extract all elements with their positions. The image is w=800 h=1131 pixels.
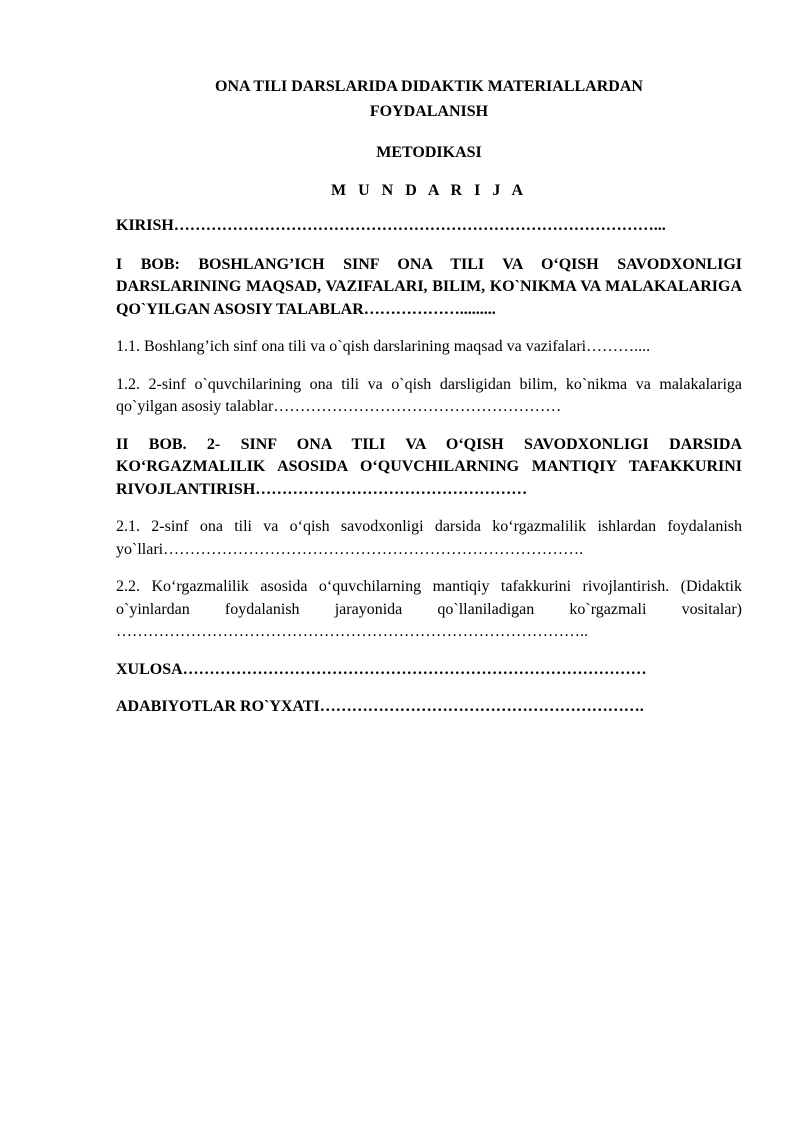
- title-line-1: ONA TILI DARSLARIDA DIDAKTIK MATERIALLAR…: [215, 78, 643, 95]
- document-title: ONA TILI DARSLARIDA DIDAKTIK MATERIALLAR…: [116, 74, 742, 124]
- toc-heading: M U N D A R I J A: [116, 178, 742, 203]
- document-page: ONA TILI DARSLARIDA DIDAKTIK MATERIALLAR…: [116, 74, 742, 734]
- toc-entry-1-2: 1.2. 2-sinf o`quvchilarining ona tili va…: [116, 374, 742, 419]
- table-of-contents: KIRISH………………………………………………………………………………... …: [116, 215, 742, 719]
- toc-entry-adabiyotlar: ADABIYOTLAR RO`YXATI………………………………………………………: [116, 696, 742, 719]
- title-line-2: FOYDALANISH: [370, 103, 488, 120]
- toc-entry-2-2: 2.2. Ko‘rgazmalilik asosida o‘quvchilarn…: [116, 576, 742, 644]
- toc-entry-xulosa: XULOSA……………………………………………………………………………: [116, 659, 742, 682]
- document-subtitle: METODIKASI: [116, 140, 742, 165]
- toc-entry-1-1: 1.1. Boshlang’ich sinf ona tili va o`qis…: [116, 336, 742, 359]
- toc-entry-kirish: KIRISH………………………………………………………………………………...: [116, 215, 742, 238]
- toc-entry-chapter-2: II BOB. 2- SINF ONA TILI VA O‘QISH SAVOD…: [116, 434, 742, 502]
- toc-entry-chapter-1: I BOB: BOSHLANG’ICH SINF ONA TILI VA O‘Q…: [116, 254, 742, 322]
- toc-entry-2-1: 2.1. 2-sinf ona tili va o‘qish savodxonl…: [116, 516, 742, 561]
